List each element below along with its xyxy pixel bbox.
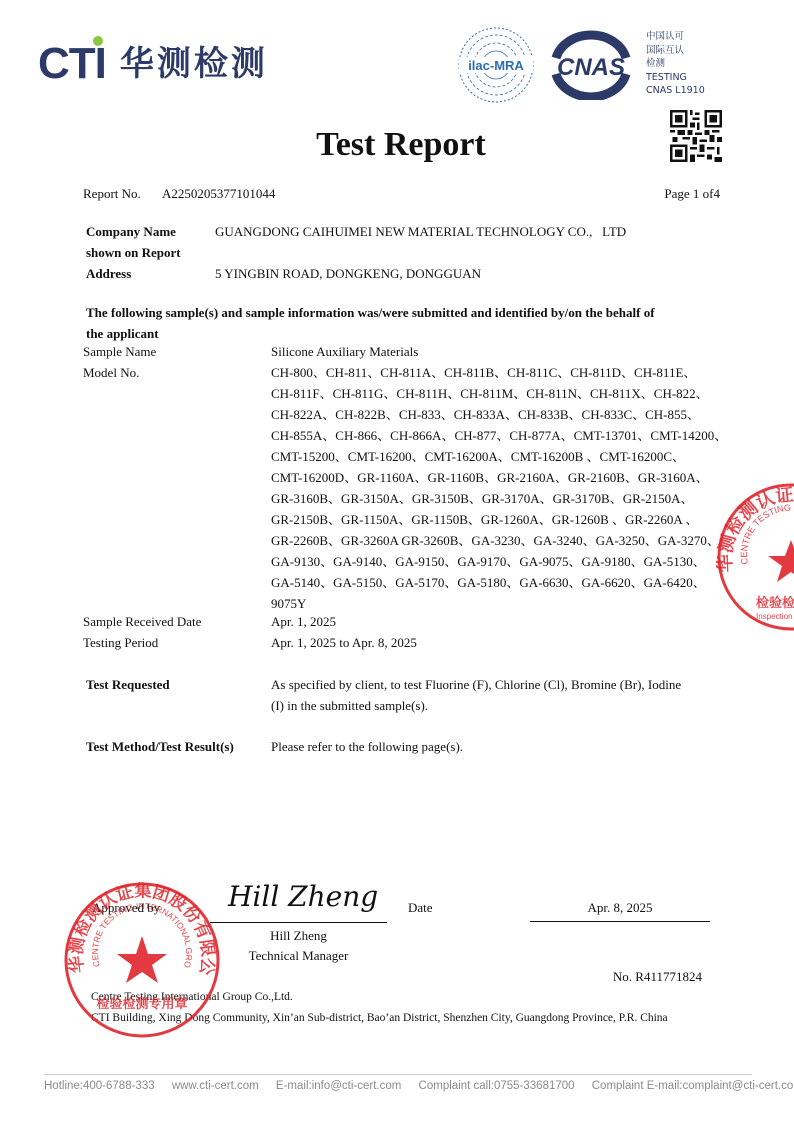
footer-hotline: Hotline:400-6788-333 (44, 1080, 155, 1092)
cti-company-name: Centre Testing International Group Co.,L… (91, 987, 668, 1008)
model-line: CH-855A、CH-866、CH-866A、CH-877、CH-877A、CM… (271, 425, 726, 446)
svg-text:ilac-MRA: ilac-MRA (468, 58, 524, 73)
company-info: Centre Testing International Group Co.,L… (91, 987, 668, 1029)
address-value: 5 YINGBIN ROAD, DONGKENG, DONGGUAN (215, 263, 481, 284)
company-name-label-line: shown on Report (86, 242, 181, 263)
model-no-label: Model No. (83, 362, 139, 383)
footer-complaint-email-link[interactable]: Complaint E-mail:complaint@cti-cert.com (592, 1080, 794, 1092)
model-line: CH-822A、CH-822B、CH-833、CH-833A、CH-833B、C… (271, 404, 726, 425)
cti-logo-chinese: 华测检测 (120, 42, 268, 86)
svg-text:检验检测: 检验检测 (756, 595, 794, 611)
company-name-label-line: Company Name (86, 221, 181, 242)
cnas-line: 检测 (646, 57, 705, 71)
footer-complaint-call: Complaint call:0755-33681700 (419, 1080, 575, 1092)
date-value: Apr. 8, 2025 (530, 897, 710, 918)
svg-text:Inspection & Testing: Inspection & Testing (756, 612, 794, 621)
intro-line: The following sample(s) and sample infor… (86, 302, 655, 323)
cnas-logo-icon: CNAS (548, 30, 634, 100)
model-line: GR-2150B、GR-1150A、GR-1150B、GR-1260A、GR-1… (271, 509, 726, 530)
sample-intro-text: The following sample(s) and sample infor… (86, 302, 655, 344)
test-requested-label: Test Requested (86, 674, 170, 695)
page-indicator: Page 1 of4 (664, 183, 720, 204)
date-label: Date (408, 897, 433, 918)
sample-name-label: Sample Name (83, 341, 156, 362)
date-line (530, 921, 710, 922)
model-line: CMT-15200、CMT-16200、CMT-16200A、CMT-16200… (271, 446, 726, 467)
model-line: GA-5140、GA-5150、GA-5170、GA-5180、GA-6630、… (271, 572, 726, 593)
cnas-line: TESTING (646, 71, 705, 85)
cti-logo: CTI 华测检测 (38, 36, 268, 86)
sample-name-value: Silicone Auxiliary Materials (271, 341, 726, 362)
svg-text:CENTRE TESTING INTERNATIONAL: CENTRE TESTING INTERNATIONAL (739, 503, 794, 566)
document-title: Test Report (0, 126, 794, 164)
inspection-stamp-icon: 华测检测认证集 CENTRE TESTING INTERNATIONAL 检验检… (716, 482, 794, 632)
address-label: Address (86, 263, 181, 284)
footer-website-link[interactable]: www.cti-cert.com (172, 1080, 259, 1092)
svg-text:华测检测认证集: 华测检测认证集 (716, 484, 794, 573)
model-line: GR-3160B、GR-3150A、GR-3150B、GR-3170A、GR-3… (271, 488, 726, 509)
report-number-label: Report No. (83, 186, 141, 201)
svg-text:CNAS: CNAS (557, 54, 625, 81)
test-method-value: Please refer to the following page(s). (271, 736, 726, 757)
model-line: GA-9130、GA-9140、GA-9150、GA-9170、GA-9075、… (271, 551, 726, 572)
logo-dot-icon (93, 36, 103, 46)
page-current: 1 (693, 186, 700, 201)
cnas-line: 国际互认 (646, 44, 705, 58)
test-requested-line: (I) in the submitted sample(s). (271, 695, 726, 716)
page-of: of (703, 186, 714, 201)
page-total: 4 (714, 186, 721, 201)
cti-company-address: CTI Building, Xing Dong Community, Xin’a… (91, 1008, 668, 1029)
cnas-line: CNAS L1910 (646, 84, 705, 98)
certificate-number: No. R411771824 (613, 966, 702, 987)
model-no-list: CH-800、CH-811、CH-811A、CH-811B、CH-811C、CH… (271, 362, 726, 614)
approved-by-label: Approved by (92, 897, 160, 918)
company-name-value: GUANGDONG CAIHUIMEI NEW MATERIAL TECHNOL… (215, 221, 626, 242)
signature: Hill Zheng (228, 880, 378, 913)
signature-line (210, 922, 387, 923)
sample-received-label: Sample Received Date (83, 611, 201, 632)
test-requested-line: As specified by client, to test Fluorine… (271, 674, 726, 695)
model-line: CMT-16200D、GR-1160A、GR-1160B、GR-2160A、GR… (271, 467, 726, 488)
cnas-accreditation-text: 中国认可 国际互认 检测 TESTING CNAS L1910 (646, 30, 705, 98)
test-method-label: Test Method/Test Result(s) (86, 736, 234, 757)
report-number: Report No. A2250205377101044 (83, 183, 275, 204)
footer-email-link[interactable]: E-mail:info@cti-cert.com (276, 1080, 401, 1092)
svg-text:华测检测认证集团股份有限公司: 华测检测认证集团股份有限公司 (62, 880, 217, 976)
test-requested-value: As specified by client, to test Fluorine… (271, 674, 726, 716)
footer-divider (44, 1074, 752, 1075)
approver-position: Technical Manager (210, 945, 387, 966)
svg-text:CENTRE TESTING INTERNATIONAL G: CENTRE TESTING INTERNATIONAL GROUP CO., … (62, 880, 194, 969)
cnas-line: 中国认可 (646, 30, 705, 44)
testing-period-label: Testing Period (83, 632, 158, 653)
footer: Hotline:400-6788-333 www.cti-cert.com E-… (44, 1080, 794, 1092)
report-number-value: A2250205377101044 (162, 186, 275, 201)
sample-received-value: Apr. 1, 2025 (271, 611, 726, 632)
approver-name: Hill Zheng (210, 925, 387, 946)
model-line: GR-2260B、GR-3260A GR-3260B、GA-3230、GA-32… (271, 530, 726, 551)
ilac-mra-logo-icon: ilac-MRA (457, 26, 535, 104)
cti-logo-latin: CTI (38, 42, 106, 86)
model-line: CH-800、CH-811、CH-811A、CH-811B、CH-811C、CH… (271, 362, 726, 383)
page-label: Page (664, 186, 689, 201)
company-name-label: Company Name shown on Report Address (86, 221, 181, 284)
model-line: CH-811F、CH-811G、CH-811H、CH-811M、CH-811N、… (271, 383, 726, 404)
testing-period-value: Apr. 1, 2025 to Apr. 8, 2025 (271, 632, 726, 653)
